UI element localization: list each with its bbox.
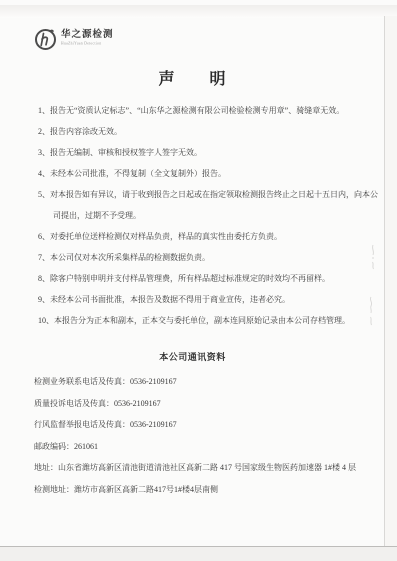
scan-bottom-margin [0,547,397,561]
statement-item: 6、对委托单位送样检测仅对样品负责，样品的真实性由委托方负责。 [38,226,383,247]
statement-item: 1、报告无“资质认定标志”、“山东华之源检测有限公司检验检测专用章”、骑缝章无效… [38,100,383,121]
contact-heading: 本公司通讯资料 [0,350,385,363]
contact-line: 邮政编码：261061 [34,436,382,458]
statement-item: 5、对本报告如有异议，请于收到报告之日起或在指定领取检测报告终止之日起十五日内，… [38,184,383,226]
statement-text: 本公司仅对本次所采集样品的检测数据负责。 [50,253,210,262]
statement-text: 本报告分为正本和副本，正本交与委托单位，副本连同原始记录由本公司存档管理。 [54,316,350,325]
company-logo: 华之源检测 HuaZhiYuan Detection [33,26,114,52]
scan-top-edge [0,5,397,18]
statements-list: 1、报告无“资质认定标志”、“山东华之源检测有限公司检验检测专用章”、骑缝章无效… [38,100,383,331]
statement-item: 9、未经本公司书面批准，本报告及数据不得用于商业宣传，违者必究。 [38,289,383,310]
margin-smudge [369,244,377,275]
page-right-edge [384,16,385,546]
statement-text: 除客户特别申明并支付样品管理费，所有样品超过标准规定的时效均不再留样。 [50,274,330,283]
statement-number: 3、 [38,148,50,157]
statement-item: 4、未经本公司批准，不得复制（全文复制外）报告。 [38,163,383,184]
page-title: 声 明 [0,66,385,89]
statement-number: 10、 [38,316,54,325]
statement-item: 2、报告内容涂改无效。 [38,121,383,142]
contact-line: 检测地址：潍坊市高新区高新二路417号1#楼4层南侧 [34,479,382,501]
statement-text: 报告内容涂改无效。 [50,127,122,136]
statement-number: 9、 [38,295,50,304]
statement-number: 2、 [38,127,50,136]
statement-text: 未经本公司书面批准，本报告及数据不得用于商业宣传，违者必究。 [50,295,290,304]
statement-number: 4、 [38,169,50,178]
statement-text: 报告无编制、审核和授权签字人签字无效。 [50,148,202,157]
statement-item: 10、本报告分为正本和副本，正本交与委托单位，副本连同原始记录由本公司存档管理。 [38,310,383,331]
contact-line: 检测业务联系电话及传真：0536-2109167 [34,371,382,393]
statement-text: 报告无“资质认定标志”、“山东华之源检测有限公司检验检测专用章”、骑缝章无效。 [50,106,344,115]
margin-smudge [366,296,376,331]
brand-name-cn: 华之源检测 [61,30,114,41]
statement-number: 6、 [38,232,50,241]
statement-number: 7、 [38,253,50,262]
statement-number: 5、 [38,190,50,199]
statement-text: 未经本公司批准，不得复制（全文复制外）报告。 [50,169,226,178]
statement-number: 8、 [38,274,50,283]
scan-right-margin [385,16,397,546]
statement-item: 3、报告无编制、审核和授权签字人签字无效。 [38,142,383,163]
statement-number: 1、 [38,106,50,115]
brand-text: 华之源检测 HuaZhiYuan Detection [61,26,114,46]
logo-monogram-icon [33,26,58,52]
brand-name-en: HuaZhiYuan Detection [61,41,108,46]
statement-text: 对本报告如有异议，请于收到报告之日起或在指定领取检测报告终止之日起十五日内，向本… [50,190,378,220]
contact-line: 行风监督举报电话及传真：0536-2109167 [34,414,382,436]
contact-line: 地址：山东省潍坊高新区清池街道清池社区高新二路 417 号国家级生物医药加速器 … [34,457,382,479]
statement-item: 8、除客户特别申明并支付样品管理费，所有样品超过标准规定的时效均不再留样。 [38,268,383,289]
statement-item: 7、本公司仅对本次所采集样品的检测数据负责。 [38,247,383,268]
contact-info: 检测业务联系电话及传真：0536-2109167 质量投诉电话及传真：0536-… [34,371,382,500]
contact-line: 质量投诉电话及传真：0536-2109167 [34,393,382,415]
statement-text: 对委托单位送样检测仅对样品负责，样品的真实性由委托方负责。 [50,232,282,241]
